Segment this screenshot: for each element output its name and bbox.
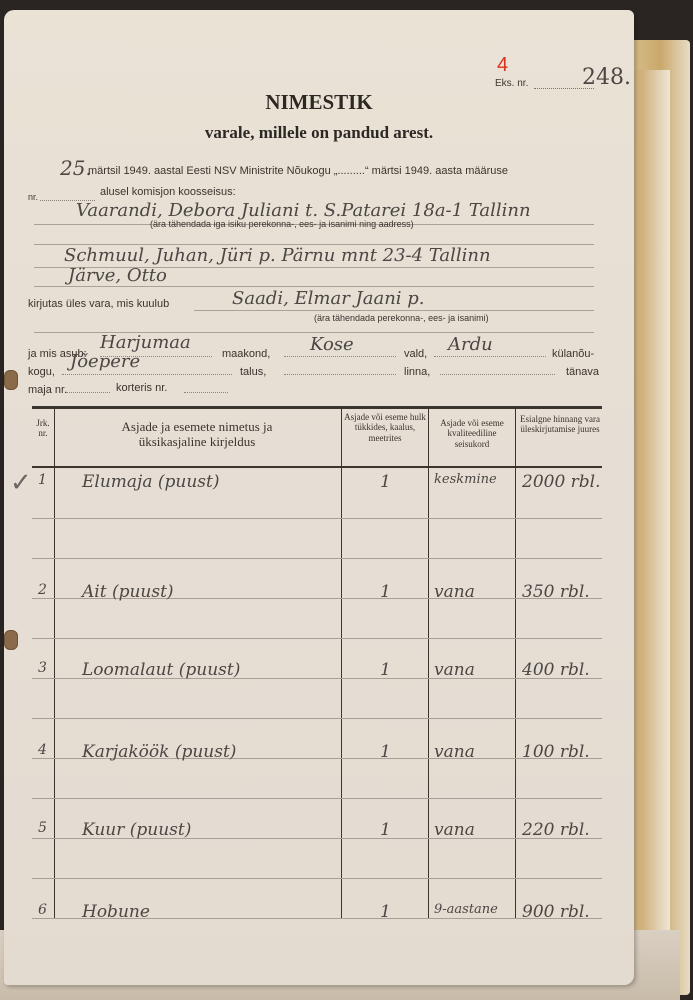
column-divider [54, 409, 55, 919]
cell-no: 3 [38, 660, 47, 676]
owner-label: kirjutas üles vara, mis kuulub [28, 298, 169, 310]
cell-description: Hobune [82, 902, 150, 922]
rule [434, 356, 546, 357]
rule [284, 356, 396, 357]
column-divider [341, 409, 342, 919]
owner-hint: (ära tähendada perekonna-, ees- ja isani… [314, 313, 489, 323]
cell-condition: 9-aastane [434, 902, 498, 917]
cell-description: Loomalaut (puust) [82, 660, 240, 680]
apartment-label: korteris nr. [116, 382, 167, 394]
commission-member-1: Vaarandi, Debora Juliani t. S.Patarei 18… [76, 200, 531, 221]
cell-quantity: 1 [380, 902, 391, 922]
cell-description: Karjaköök (puust) [82, 742, 236, 762]
village-label: külanõu- [552, 348, 594, 360]
ledger-rule [32, 638, 602, 639]
city-label: linna, [404, 366, 430, 378]
rule [184, 392, 228, 393]
table-top-rule [32, 406, 602, 409]
cell-valuation: 900 rbl. [522, 902, 590, 922]
cell-valuation: 400 rbl. [522, 660, 590, 680]
commission-hint: (ära tähendada iga isiku perekonna-, ees… [150, 219, 414, 229]
ledger-rule [32, 878, 602, 879]
cell-valuation: 100 rbl. [522, 742, 590, 762]
cell-description: Elumaja (puust) [82, 472, 219, 492]
farm-value: Jõepere [70, 351, 140, 372]
commission-member-2: Schmuul, Juhan, Jüri p. Pärnu mnt 23-4 T… [64, 245, 491, 266]
cell-quantity: 1 [380, 472, 391, 492]
cell-quantity: 1 [380, 742, 391, 762]
rule [66, 392, 110, 393]
farm-label: talus, [240, 366, 266, 378]
ledger-rule [32, 518, 602, 519]
cell-no: 4 [38, 742, 47, 758]
document-subtitle: varale, millele on pandud arest. [4, 123, 634, 143]
village-value: Ardu [448, 334, 493, 355]
cell-description: Kuur (puust) [82, 820, 191, 840]
rule [440, 374, 555, 375]
cell-condition: vana [434, 582, 475, 602]
header-description: Asjade ja esemete nimetus ja üksikasjali… [92, 420, 302, 450]
ledger-rule [32, 798, 602, 799]
commission-member-3: Järve, Otto [68, 265, 167, 286]
document-title: NIMESTIK [4, 90, 634, 115]
cell-condition: vana [434, 820, 475, 840]
binding-hole-icon [4, 370, 18, 390]
rule [62, 374, 232, 375]
copy-number: 248. [582, 65, 631, 90]
house-label: maja nr. [28, 384, 67, 396]
intro-line2: alusel komisjon koosseisus: [100, 186, 236, 198]
street-label: tänava [566, 366, 599, 378]
header-separator [32, 466, 602, 468]
cell-condition: keskmine [434, 472, 497, 487]
binding-hole-icon [4, 630, 18, 650]
header-valuation: Esialgne hinnang vara üleskirjutamise ju… [518, 414, 602, 435]
cell-valuation: 2000 rbl. [522, 472, 601, 492]
inventory-table: Jrk. nr. Asjade ja esemete nimetus ja ük… [32, 406, 602, 951]
parish-value: Kose [310, 334, 354, 355]
header-condition: Asjade või eseme kvaliteediline seisukor… [431, 418, 513, 449]
column-divider [515, 409, 516, 919]
cell-quantity: 1 [380, 820, 391, 840]
cell-valuation: 220 rbl. [522, 820, 590, 840]
header-no: Jrk. nr. [32, 418, 54, 439]
rule [34, 286, 594, 287]
header-quantity: Asjade või eseme hulk tükkides, kaalus, … [344, 412, 426, 443]
red-copy-number: 4 [497, 54, 508, 77]
ledger-rule [32, 558, 602, 559]
column-divider [428, 409, 429, 919]
cell-no: 6 [38, 902, 47, 918]
intro-nr-label: nr. [28, 192, 38, 202]
cell-description: Ait (puust) [82, 582, 174, 602]
cell-no: 2 [38, 582, 47, 598]
cell-condition: vana [434, 660, 475, 680]
owner-name: Saadi, Elmar Jaani p. [232, 288, 425, 309]
rule [194, 310, 594, 311]
village-label-2: kogu, [28, 366, 55, 378]
check-mark-icon: ✓ [10, 468, 32, 498]
cell-condition: vana [434, 742, 475, 762]
cell-no: 1 [38, 472, 47, 488]
ledger-rule [32, 718, 602, 719]
cell-valuation: 350 rbl. [522, 582, 590, 602]
copy-label: Eks. nr. [495, 78, 528, 89]
cell-quantity: 1 [380, 660, 391, 680]
cell-no: 5 [38, 820, 47, 836]
county-value: Harjumaa [100, 332, 191, 353]
intro-line1: märtsil 1949. aastal Eesti NSV Ministrit… [88, 165, 508, 177]
parish-label: vald, [404, 348, 427, 360]
rule [284, 374, 396, 375]
cell-quantity: 1 [380, 582, 391, 602]
document-page: 4 Eks. nr. 248. NIMESTIK varale, millele… [4, 10, 634, 985]
county-label: maakond, [222, 348, 270, 360]
